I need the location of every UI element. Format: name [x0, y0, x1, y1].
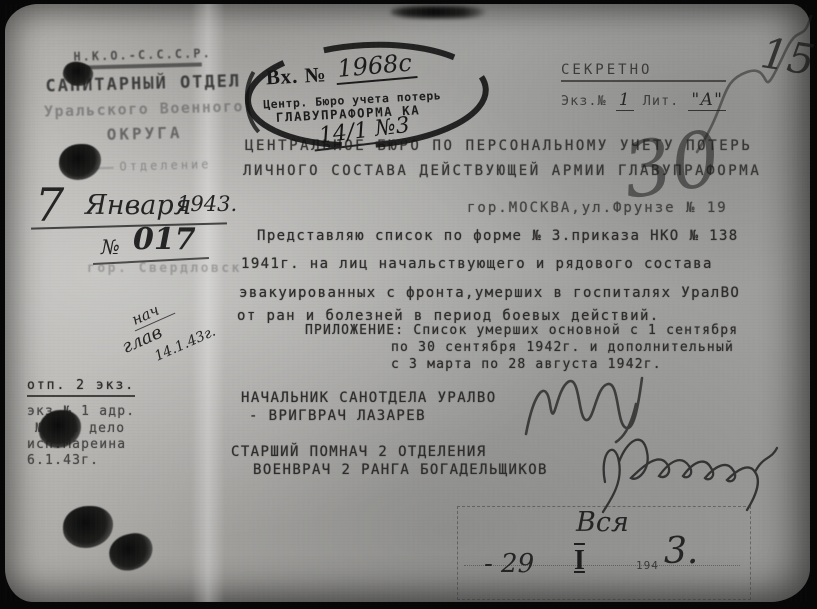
signatory2-name: ВОЕНВРАЧ 2 РАНГА БОГАДЕЛЬЩИКОВ [253, 462, 548, 478]
inbox-label: Вх. № [265, 62, 327, 90]
paper-sheet: ЦЕНТРАЛЬНОЕ БЮРО ПО ПЕРСОНАЛЬНОМУ УЧЕТУ … [5, 4, 810, 602]
lit-label: Лит. [643, 93, 680, 109]
body-line: 1941г. на лиц начальствующего и рядового… [241, 256, 713, 272]
body-line: от ран и болезней в период боевых действ… [237, 308, 660, 324]
signatory1-title: НАЧАЛЬНИК САНОТДЕЛА УРАЛВО [241, 390, 497, 406]
body-line: Представляю список по форме № 3.приказа … [257, 228, 739, 244]
received-year-printed: 194 [636, 559, 659, 572]
body-line: эвакуированных с фронта,умерших в госпит… [239, 285, 740, 301]
ink-blot [63, 506, 113, 548]
outgoing-month: Января [85, 190, 192, 221]
attachment-line: ПРИЛОЖЕНИЕ: Список умерших основной с 1 … [305, 323, 738, 338]
stamp-district-line1: Уральского Военного [41, 97, 247, 120]
outgoing-day: 7 [35, 178, 64, 232]
received-year-handwritten: 3. [664, 531, 698, 572]
received-mark-handwritten: Вся [576, 507, 629, 538]
ink-blot [106, 530, 157, 574]
signature-bogadelshchikov [597, 422, 785, 518]
margin-scrawl-flourish [689, 10, 815, 160]
received-day-handwritten: - 29 [484, 549, 534, 579]
copy-label: Экз.№ [561, 93, 607, 109]
received-month-roman: I [574, 545, 585, 577]
document-scan: ЦЕНТРАЛЬНОЕ БЮРО ПО ПЕРСОНАЛЬНОМУ УЧЕТУ … [0, 0, 817, 609]
scan-edge-smudge [391, 6, 487, 18]
stamp-district-line2: ОКРУГА [41, 121, 247, 145]
outgoing-no-label: № [101, 235, 120, 259]
copies-count: отп. 2 экз. [27, 378, 135, 397]
paper-tear [59, 144, 101, 180]
signatory1-name: - ВРИГВРАЧ ЛАЗАРЕВ [249, 408, 426, 424]
stamp-rule [84, 62, 202, 69]
copies-line: 6.1.43г. [27, 453, 99, 468]
received-box: Вся - 29 I 194 3. [457, 506, 751, 600]
outgoing-number: 017 [133, 222, 196, 257]
city-stamp: гор. Свердловск [87, 261, 242, 276]
attachment-line: по 30 сентября 1942г. и дополнительный [391, 340, 734, 355]
entry-registration-stamp: Вх. № 1968с Центр. Бюро учета потерь ГЛА… [238, 31, 500, 162]
copy-number-handwritten: 1 [616, 90, 634, 111]
outgoing-year: 1943. [177, 192, 237, 216]
signatory2-title: СТАРШИЙ ПОМНАЧ 2 ОТДЕЛЕНИЯ [231, 444, 487, 460]
